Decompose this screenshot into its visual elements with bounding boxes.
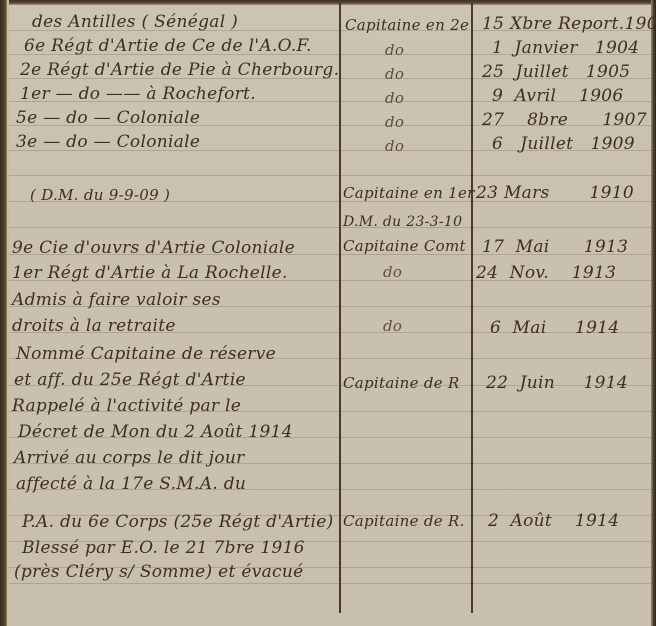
date-day: 17 xyxy=(482,237,504,257)
date-month: Juillet xyxy=(520,134,573,154)
date-year: 1913 xyxy=(584,237,628,257)
posting-entry: 2e Régt d'Artie de Pie à Cherbourg. xyxy=(20,60,339,80)
report-year: 1903... xyxy=(625,14,656,34)
date-month: Avril xyxy=(515,86,557,106)
date-month: Juillet xyxy=(516,62,569,82)
posting-entry: des Antilles ( Sénégal ) xyxy=(32,12,238,32)
rank-entry: Capitaine en 2e xyxy=(345,15,469,35)
date-month: Nov. xyxy=(510,263,549,283)
date-entry: 24 Nov. 1913 xyxy=(476,263,616,283)
date-entry: 27 8bre 1907 xyxy=(482,110,647,130)
date-month: Mars xyxy=(504,183,550,203)
rank-entry: Capitaine de R xyxy=(343,373,460,393)
posting-entry: droits à la retraite xyxy=(12,316,176,336)
date-day: 9 xyxy=(492,86,503,106)
date-day: 24 xyxy=(476,263,498,283)
date-entry: 6 Mai 1914 xyxy=(490,318,619,338)
register-page: des Antilles ( Sénégal ) 6e Régt d'Artie… xyxy=(0,0,656,626)
date-entry: 9 Avril 1906 xyxy=(492,86,624,106)
posting-entry: Décret de Mon du 2 Août 1914 xyxy=(18,422,293,442)
posting-entry: 3e — do — Coloniale xyxy=(16,132,200,152)
date-entry: 22 Juin 1914 xyxy=(486,373,628,393)
date-month: Janvier xyxy=(515,38,578,58)
rank-entry: do xyxy=(385,136,404,156)
date-entry: 6 Juillet 1909 xyxy=(492,134,635,154)
rank-entry: do xyxy=(385,64,404,84)
date-year: 1906 xyxy=(579,86,623,106)
posting-entry: P.A. du 6e Corps (25e Régt d'Artie) xyxy=(22,512,334,532)
ruled-line xyxy=(9,583,651,584)
posting-entry: 6e Régt d'Artie de Ce de l'A.O.F. xyxy=(24,36,312,56)
date-day: 6 xyxy=(492,134,503,154)
posting-entry: (près Cléry s/ Somme) et évacué xyxy=(14,562,303,582)
posting-entry: Blessé par E.O. le 21 7bre 1916 xyxy=(22,538,305,558)
date-day: 15 xyxy=(482,14,504,34)
rank-entry: do xyxy=(385,88,404,108)
date-month: 8bre xyxy=(527,110,568,130)
date-year: 1914 xyxy=(575,318,619,338)
date-month: Mai xyxy=(513,318,547,338)
date-year: 1907 xyxy=(602,110,646,130)
date-day: 1 xyxy=(492,38,503,58)
posting-entry: et aff. du 25e Régt d'Artie xyxy=(14,370,246,390)
posting-entry: 9e Cie d'ouvrs d'Artie Coloniale xyxy=(12,238,295,258)
date-year: 1904 xyxy=(595,38,639,58)
date-month: Mai xyxy=(516,237,550,257)
date-day: 25 xyxy=(482,62,504,82)
date-year: 1914 xyxy=(584,373,628,393)
right-page-edge xyxy=(651,0,656,626)
date-year: 1909 xyxy=(590,134,634,154)
date-entry: 17 Mai 1913 xyxy=(482,237,628,257)
rank-entry: Capitaine en 1er xyxy=(343,183,475,203)
rank-entry: do xyxy=(385,40,404,60)
posting-entry: 5e — do — Coloniale xyxy=(16,108,200,128)
binding-edge xyxy=(0,0,9,626)
date-entry: 1 Janvier 1904 xyxy=(492,38,639,58)
top-page-edge xyxy=(9,0,656,5)
date-entry: 2 Août 1914 xyxy=(488,511,619,531)
posting-entry: 1er — do —— à Rochefort. xyxy=(20,84,256,104)
date-year: 1913 xyxy=(572,263,616,283)
column-divider-rank xyxy=(339,0,341,613)
date-year: 1910 xyxy=(589,183,633,203)
rank-entry: do xyxy=(383,262,402,282)
date-month: Xbre xyxy=(510,14,552,34)
report-label: Report. xyxy=(558,14,624,34)
date-entry: 15 Xbre Report.1903... xyxy=(482,14,656,34)
rank-entry: do xyxy=(385,112,404,132)
date-entry: 23 Mars 1910 xyxy=(476,183,634,203)
date-month: Août xyxy=(511,511,553,531)
date-day: 27 xyxy=(482,110,504,130)
date-year: 1914 xyxy=(575,511,619,531)
posting-entry: Rappelé à l'activité par le xyxy=(12,396,241,416)
column-divider-date xyxy=(471,0,473,613)
rank-entry: do xyxy=(383,316,402,336)
ruled-line xyxy=(9,227,651,228)
date-year: 1905 xyxy=(586,62,630,82)
date-day: 6 xyxy=(490,318,501,338)
rank-entry: Capitaine Comt xyxy=(343,236,466,256)
date-month: Juin xyxy=(520,373,555,393)
posting-entry: ( D.M. du 9-9-09 ) xyxy=(30,185,170,205)
posting-entry: 1er Régt d'Artie à La Rochelle. xyxy=(12,263,288,283)
posting-entry: Arrivé au corps le dit jour xyxy=(14,448,245,468)
date-day: 22 xyxy=(486,373,508,393)
posting-entry: Nommé Capitaine de réserve xyxy=(16,344,276,364)
ruled-line xyxy=(9,175,651,176)
posting-entry: affecté à la 17e S.M.A. du xyxy=(16,474,246,494)
date-entry: 25 Juillet 1905 xyxy=(482,62,630,82)
posting-entry: Admis à faire valoir ses xyxy=(12,290,221,310)
rank-entry: Capitaine de R. xyxy=(343,511,465,531)
date-day: 23 xyxy=(476,183,498,203)
date-day: 2 xyxy=(488,511,499,531)
rank-entry: D.M. du 23-3-10 xyxy=(343,212,462,232)
